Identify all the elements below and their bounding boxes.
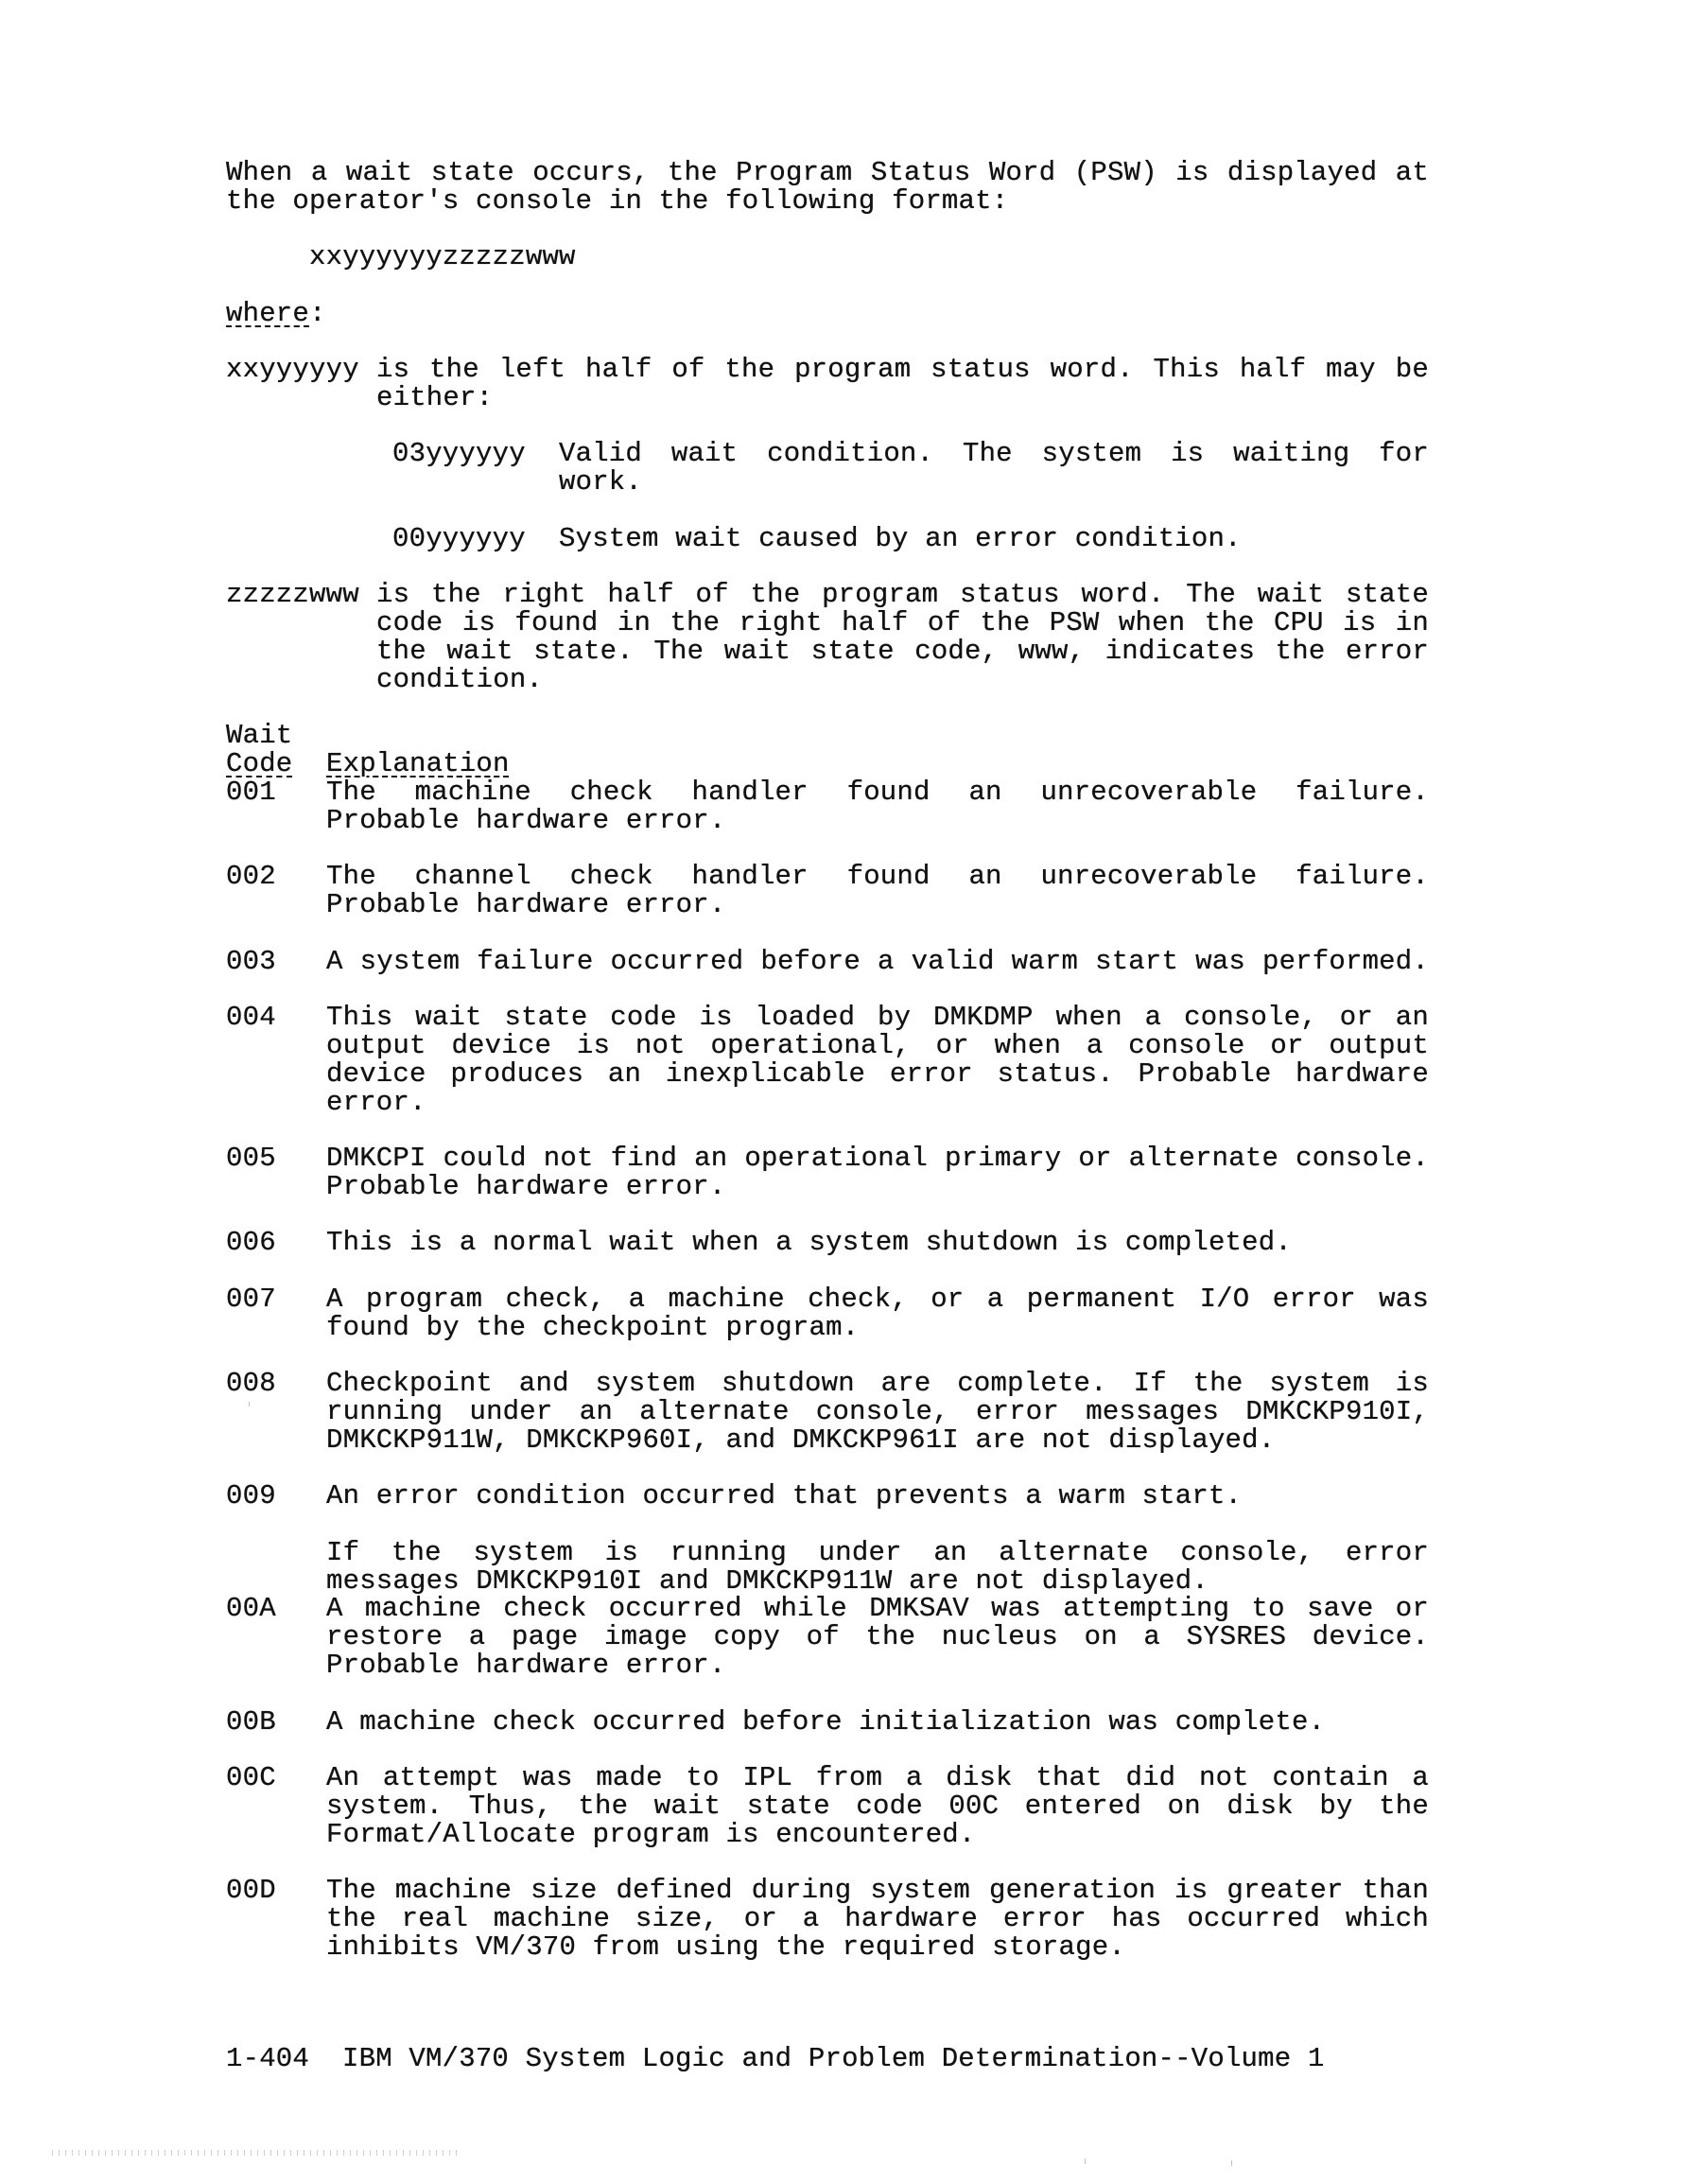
where-label-text: where xyxy=(226,298,309,329)
wait-code-00D-line-1: The machine size defined during system g… xyxy=(326,1877,1429,1905)
table-header-code: Code xyxy=(226,750,292,778)
definition-right-half-line-1: is the right half of the program status … xyxy=(376,581,1429,609)
wait-code-009: 009 xyxy=(226,1482,276,1511)
definition-left-half-line-1: is the left half of the program status w… xyxy=(376,356,1429,384)
wait-code-00D-line-3: inhibits VM/370 from using the required … xyxy=(326,1933,1125,1962)
subdefinition-valid-wait-line-2: work. xyxy=(559,468,642,497)
subdefinition-valid-wait-line-1: Valid wait condition. The system is wait… xyxy=(559,440,1429,468)
wait-code-009-note-line-1: If the system is running under an altern… xyxy=(326,1539,1429,1567)
wait-code-005-line-1: DMKCPI could not find an operational pri… xyxy=(326,1144,1429,1173)
wait-code-009-note-line-2: messages DMKCKP910I and DMKCKP911W are n… xyxy=(326,1567,1209,1596)
wait-code-003-line-1: A system failure occurred before a valid… xyxy=(326,948,1429,976)
footer-page-number: 1-404 xyxy=(226,2045,309,2073)
wait-code-004-line-2: output device is not operational, or whe… xyxy=(326,1032,1429,1060)
definition-term-left-half: xxyyyyyy xyxy=(226,356,359,384)
intro-line-2: the operator's console in the following … xyxy=(226,187,1008,216)
where-label: where: xyxy=(226,300,326,328)
wait-code-00C-line-2: system. Thus, the wait state code 00C en… xyxy=(326,1792,1429,1821)
wait-code-00C-line-3: Format/Allocate program is encountered. xyxy=(326,1821,976,1849)
where-colon: : xyxy=(309,298,326,329)
scan-artifact xyxy=(1231,2160,1232,2166)
definition-right-half-line-2: code is found in the right half of the P… xyxy=(376,609,1429,638)
wait-code-008-line-1: Checkpoint and system shutdown are compl… xyxy=(326,1370,1429,1398)
wait-code-005: 005 xyxy=(226,1144,276,1173)
intro-line-1: When a wait state occurs, the Program St… xyxy=(226,159,1429,187)
wait-code-00A: 00A xyxy=(226,1595,276,1623)
table-header-explanation: Explanation xyxy=(326,750,510,778)
footer-title: IBM VM/370 System Logic and Problem Dete… xyxy=(342,2045,1325,2073)
wait-code-008-line-3: DMKCKP911W, DMKCKP960I, and DMKCKP961I a… xyxy=(326,1426,1275,1455)
wait-code-007-line-2: found by the checkpoint program. xyxy=(326,1314,859,1342)
wait-code-008: 008 xyxy=(226,1370,276,1398)
wait-code-00A-line-1: A machine check occurred while DMKSAV wa… xyxy=(326,1595,1429,1623)
wait-code-00B: 00B xyxy=(226,1708,276,1737)
wait-code-00C-line-1: An attempt was made to IPL from a disk t… xyxy=(326,1764,1429,1792)
table-header-wait: Wait xyxy=(226,722,292,750)
scan-artifact xyxy=(1085,2158,1086,2164)
wait-code-004-line-4: error. xyxy=(326,1089,426,1117)
wait-code-006: 006 xyxy=(226,1229,276,1257)
wait-code-002: 002 xyxy=(226,863,276,891)
subdefinition-term-error-wait: 00yyyyyy xyxy=(392,525,526,553)
wait-code-00D-line-2: the real machine size, or a hardware err… xyxy=(326,1905,1429,1933)
wait-code-008-line-2: running under an alternate console, erro… xyxy=(326,1398,1429,1426)
document-page: When a wait state occurs, the Program St… xyxy=(0,0,1687,2184)
subdefinition-error-wait-line-1: System wait caused by an error condition… xyxy=(559,525,1242,553)
scan-artifacts-bottom xyxy=(52,2150,459,2156)
wait-code-00D: 00D xyxy=(226,1877,276,1905)
wait-code-001-line-2: Probable hardware error. xyxy=(326,807,725,835)
wait-code-006-line-1: This is a normal wait when a system shut… xyxy=(326,1229,1292,1257)
psw-format: xxyyyyyyzzzzzwww xyxy=(309,243,576,271)
wait-code-001: 001 xyxy=(226,778,276,807)
definition-left-half-line-2: either: xyxy=(376,384,493,412)
wait-code-005-line-2: Probable hardware error. xyxy=(326,1173,725,1201)
wait-code-009-line-1: An error condition occurred that prevent… xyxy=(326,1482,1242,1511)
wait-code-00B-line-1: A machine check occurred before initiali… xyxy=(326,1708,1325,1737)
wait-code-004: 004 xyxy=(226,1004,276,1032)
wait-code-002-line-2: Probable hardware error. xyxy=(326,891,725,919)
wait-code-003: 003 xyxy=(226,948,276,976)
wait-code-004-line-1: This wait state code is loaded by DMKDMP… xyxy=(326,1004,1429,1032)
definition-right-half-line-4: condition. xyxy=(376,666,543,694)
wait-code-007-line-1: A program check, a machine check, or a p… xyxy=(326,1285,1429,1314)
wait-code-00C: 00C xyxy=(226,1764,276,1792)
table-header-explanation-text: Explanation xyxy=(326,748,510,779)
wait-code-00A-line-3: Probable hardware error. xyxy=(326,1651,725,1680)
wait-code-002-line-1: The channel check handler found an unrec… xyxy=(326,863,1429,891)
wait-code-001-line-1: The machine check handler found an unrec… xyxy=(326,778,1429,807)
scan-artifact xyxy=(249,1402,250,1406)
definition-right-half-line-3: the wait state. The wait state code, www… xyxy=(376,638,1429,666)
table-header-code-text: Code xyxy=(226,748,292,779)
definition-term-right-half: zzzzzwww xyxy=(226,581,359,609)
wait-code-007: 007 xyxy=(226,1285,276,1314)
wait-code-00A-line-2: restore a page image copy of the nucleus… xyxy=(326,1623,1429,1651)
subdefinition-term-valid-wait: 03yyyyyy xyxy=(392,440,526,468)
wait-code-004-line-3: device produces an inexplicable error st… xyxy=(326,1060,1429,1089)
